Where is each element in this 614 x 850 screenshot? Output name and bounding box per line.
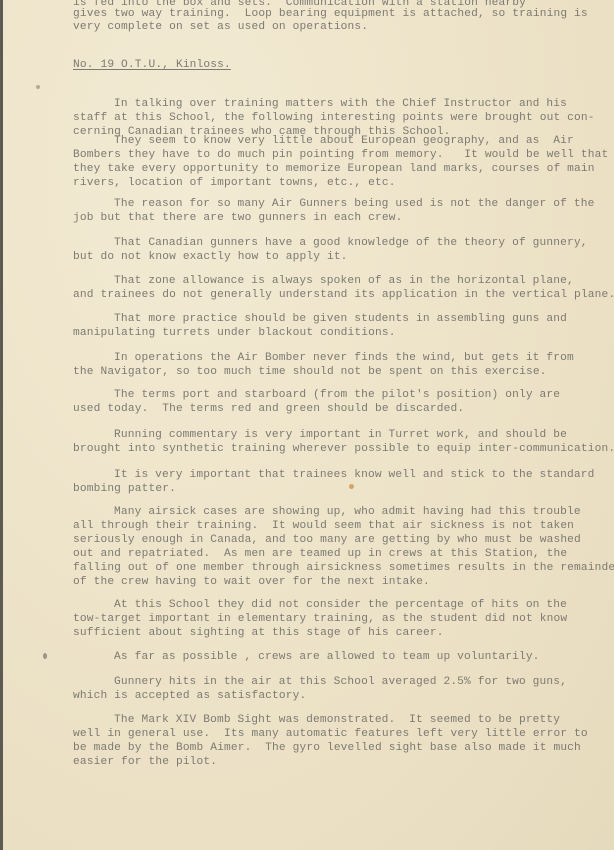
paper-stain bbox=[43, 653, 47, 659]
text-line: tow-target important in elementary train… bbox=[73, 612, 567, 626]
paper-stain bbox=[36, 85, 40, 89]
text-line: all through their training. It would see… bbox=[73, 519, 574, 533]
text-line: seriously enough in Canada, and too many… bbox=[73, 533, 581, 547]
text-line: manipulating turrets under blackout cond… bbox=[73, 326, 396, 340]
paragraph-first-line: That more practice should be given stude… bbox=[114, 312, 567, 326]
text-line: bombing patter. bbox=[73, 482, 176, 496]
page-edge bbox=[0, 0, 3, 850]
paragraph-first-line: In talking over training matters with th… bbox=[114, 97, 567, 111]
paragraph-first-line: Running commentary is very important in … bbox=[114, 428, 567, 442]
paragraph-first-line: The terms port and starboard (from the p… bbox=[114, 388, 560, 402]
paragraph-first-line: Many airsick cases are showing up, who a… bbox=[114, 505, 581, 519]
text-line: be made by the Bomb Aimer. The gyro leve… bbox=[73, 741, 581, 755]
text-line: and trainees do not generally understand… bbox=[73, 288, 614, 302]
text-line: used today. The terms red and green shou… bbox=[73, 402, 464, 416]
paper-stain bbox=[349, 484, 354, 489]
document-page: is fed into the box and sets. Communicat… bbox=[0, 0, 614, 850]
text-line: sufficient about sighting at this stage … bbox=[73, 626, 444, 640]
text-line: brought into synthetic training wherever… bbox=[73, 442, 614, 456]
text-line: of the crew having to wait over for the … bbox=[73, 575, 430, 589]
text-line: easier for the pilot. bbox=[73, 755, 217, 769]
text-line: they take every opportunity to memorize … bbox=[73, 162, 595, 176]
paragraph-first-line: The Mark XIV Bomb Sight was demonstrated… bbox=[114, 713, 560, 727]
paragraph-first-line: In operations the Air Bomber never finds… bbox=[114, 351, 574, 365]
text-line: the Navigator, so too much time should n… bbox=[73, 365, 547, 379]
paragraph-first-line: At this School they did not consider the… bbox=[114, 598, 567, 612]
text-line: out and repatriated. As men are teamed u… bbox=[73, 547, 567, 561]
text-line: Bombers they have to do much pin pointin… bbox=[73, 148, 608, 162]
text-line: staff at this School, the following inte… bbox=[73, 111, 595, 125]
text-line: rivers, location of important towns, etc… bbox=[73, 176, 396, 190]
text-line: gives two way training. Loop bearing equ… bbox=[73, 7, 588, 21]
paragraph-first-line: It is very important that trainees know … bbox=[114, 468, 594, 482]
text-line: job but that there are two gunners in ea… bbox=[73, 211, 402, 225]
paragraph-first-line: As far as possible , crews are allowed t… bbox=[114, 650, 540, 664]
text-line: falling out of one member through airsic… bbox=[73, 561, 614, 575]
paragraph-first-line: The reason for so many Air Gunners being… bbox=[114, 197, 594, 211]
section-heading: No. 19 O.T.U., Kinloss. bbox=[73, 58, 231, 72]
paragraph-first-line: They seem to know very little about Euro… bbox=[114, 134, 574, 148]
text-line: but do not know exactly how to apply it. bbox=[73, 250, 348, 264]
paragraph-first-line: That Canadian gunners have a good knowle… bbox=[114, 236, 588, 250]
text-line: well in general use. Its many automatic … bbox=[73, 727, 588, 741]
text-line: very complete on set as used on operatio… bbox=[73, 20, 368, 34]
paragraph-first-line: That zone allowance is always spoken of … bbox=[114, 274, 574, 288]
text-line: which is accepted as satisfactory. bbox=[73, 689, 306, 703]
paragraph-first-line: Gunnery hits in the air at this School a… bbox=[114, 675, 567, 689]
